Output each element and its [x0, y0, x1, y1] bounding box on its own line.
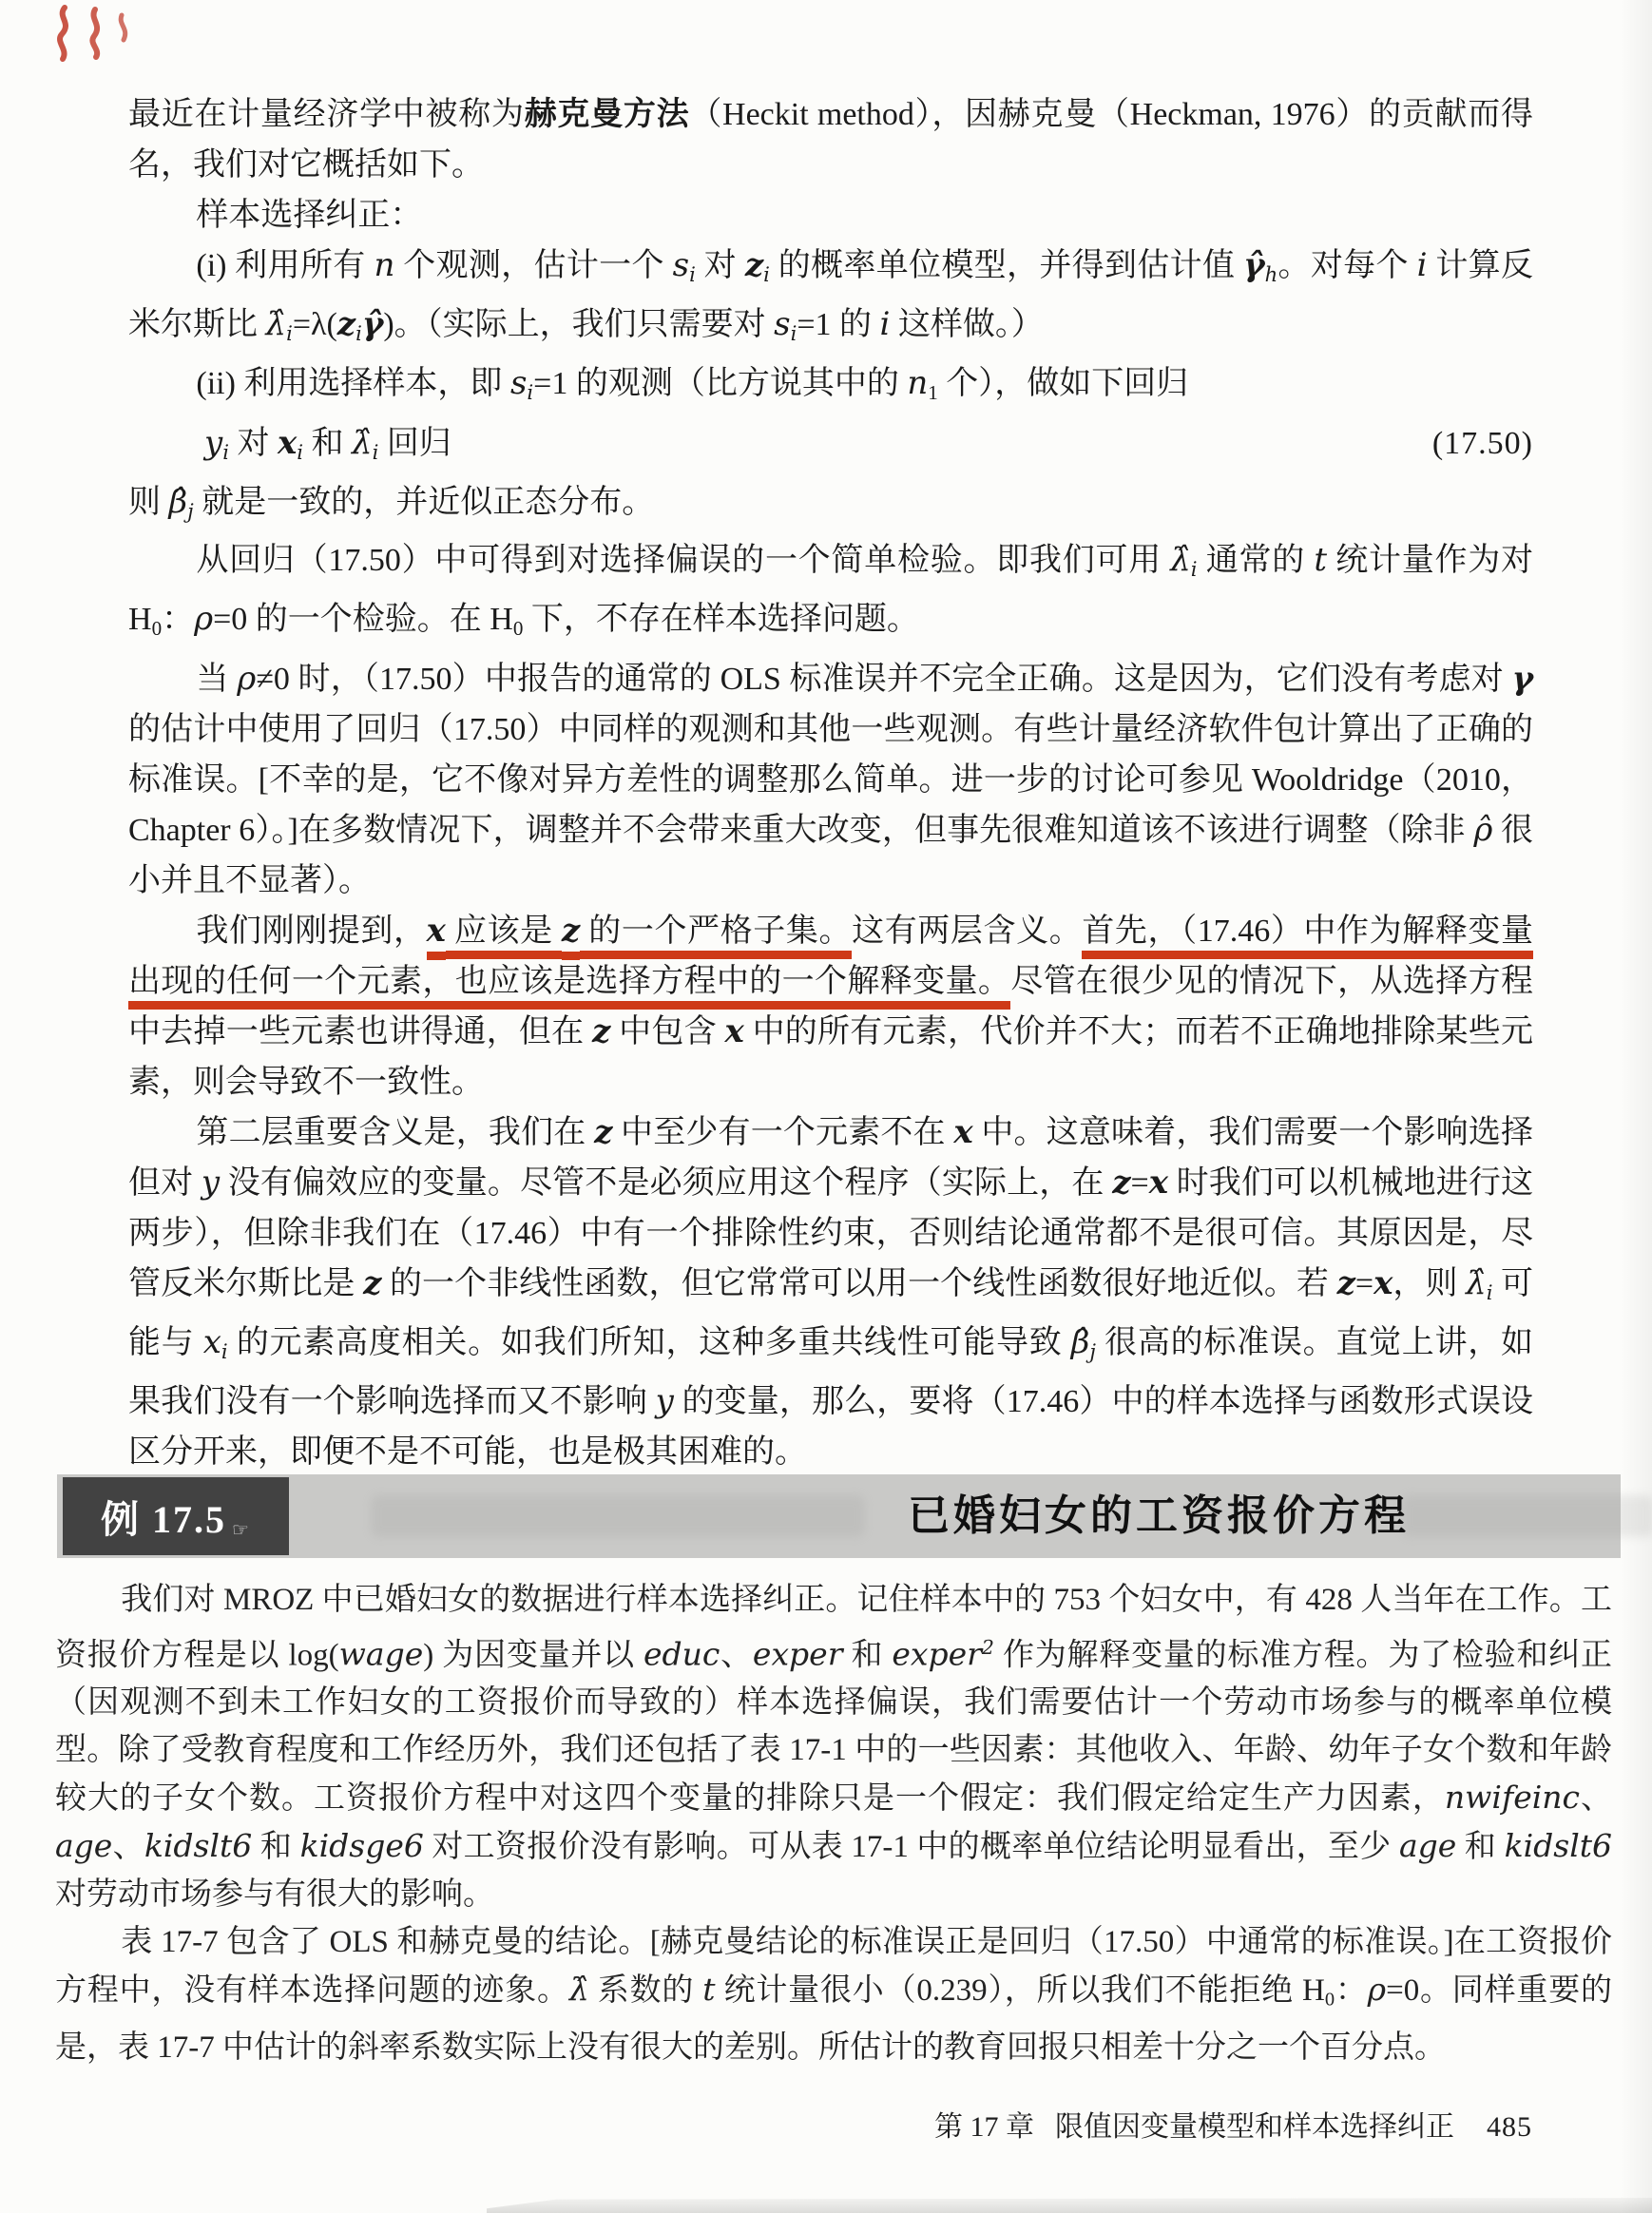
- bleedthrough-ghost: [1402, 1495, 1652, 1537]
- paragraph-procedure-title: 样本选择纠正：: [128, 190, 1533, 241]
- paragraph-selection-test: 从回归（17.50）中可得到对选择偏误的一个简单检验。即我们可用 λ̂i 通常的…: [128, 535, 1533, 654]
- paragraph-exclusion-restriction: 第二层重要含义是，我们在 z 中至少有一个元素不在 x 中。这意味着，我们需要一…: [128, 1107, 1533, 1477]
- example-title: 已婚妇女的工资报价方程: [908, 1474, 1410, 1558]
- bleedthrough-ghost: [371, 1495, 865, 1537]
- footer-page-number: 485: [1487, 2111, 1532, 2143]
- example-badge: 例 17.5 ☞: [63, 1477, 289, 1555]
- main-text-column: 最近在计量经济学中被称为赫克曼方法（Heckit method），因赫克曼（He…: [128, 89, 1533, 1477]
- paragraph-step-i: (i) 利用所有 n 个观测，估计一个 si 对 zi 的概率单位模型，并得到估…: [128, 241, 1533, 358]
- equation-lhs: yi 对 xi 和 λ̂i 回归: [204, 418, 451, 477]
- footer-chapter: 第 17 章: [934, 2111, 1034, 2143]
- paragraph-ols-std-errors: 当 ρ≠0 时，（17.50）中报告的通常的 OLS 标准误并不完全正确。这是因…: [128, 654, 1533, 906]
- paragraph-consistency: 则 β̂j 就是一致的，并近似正态分布。: [128, 477, 1533, 536]
- example-body: 我们对 MROZ 中已婚妇女的数据进行样本选择纠正。记住样本中的 753 个妇女…: [55, 1576, 1612, 2071]
- paragraph-step-ii: (ii) 利用选择样本，即 si=1 的观测（比方说其中的 n1 个），做如下回…: [128, 358, 1533, 418]
- paragraph-example-setup: 我们对 MROZ 中已婚妇女的数据进行样本选择纠正。记住样本中的 753 个妇女…: [55, 1576, 1612, 1918]
- example-badge-label: 例 17.5: [101, 1490, 226, 1544]
- example-badge-dataset-icon: ☞: [232, 1518, 251, 1542]
- red-pen-marks-icon: [49, 2, 154, 68]
- book-page: 最近在计量经济学中被称为赫克曼方法（Heckit method），因赫克曼（He…: [0, 0, 1652, 2213]
- equation-number: (17.50): [1432, 418, 1533, 469]
- equation-17-50-row: yi 对 xi 和 λ̂i 回归 (17.50): [128, 418, 1533, 477]
- paragraph-strict-subset-underlined: 我们刚刚提到，x 应该是 z 的一个严格子集。这有两层含义。首先，（17.46）…: [128, 906, 1533, 1107]
- right-edge-shading: [1620, 0, 1652, 2213]
- page-footer: 第 17 章限值因变量模型和样本选择纠正485: [934, 2103, 1532, 2145]
- paragraph-example-results: 表 17-7 包含了 OLS 和赫克曼的结论。[赫克曼结论的标准误正是回归（17…: [55, 1918, 1612, 2071]
- page-edge-shadow: [487, 2198, 1652, 2213]
- footer-chapter-title: 限值因变量模型和样本选择纠正: [1055, 2111, 1454, 2143]
- paragraph-heckit-intro: 最近在计量经济学中被称为赫克曼方法（Heckit method），因赫克曼（He…: [128, 89, 1533, 190]
- example-header-band: 例 17.5 ☞ 已婚妇女的工资报价方程: [57, 1474, 1621, 1558]
